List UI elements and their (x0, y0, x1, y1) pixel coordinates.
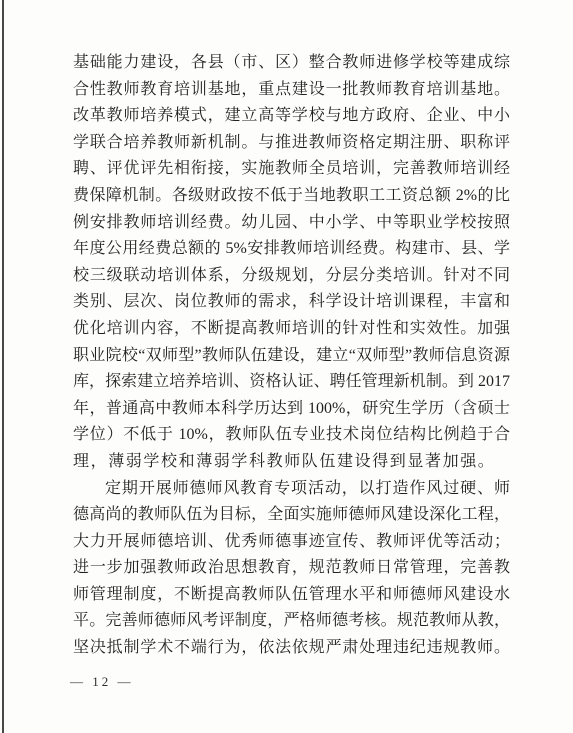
text-line: 定期开展师德师风教育专项活动，以打造作风过硬、师 (73, 476, 510, 503)
text-line: 例安排教师培训经费。幼儿园、中小学、中等职业学校按照 (73, 210, 510, 237)
paragraph: 定期开展师德师风教育专项活动，以打造作风过硬、师德高尚的教师队伍为目标，全面实施… (73, 476, 510, 662)
text-line: 大力开展师德培训、优秀师德事迹宣传、教师评优等活动； (73, 529, 510, 556)
text-line: 库，探索建立培养培训、资格认证、聘任管理新机制。到 2017 (73, 369, 510, 396)
text-line: 职业院校“双师型”教师队伍建设，建立“双师型”教师信息资源 (73, 343, 510, 370)
text-line: 类别、层次、岗位教师的需求，科学设计培训课程，丰富和 (73, 289, 510, 316)
text-line: 基础能力建设，各县（市、区）整合教师进修学校等建成综 (73, 50, 510, 77)
text-line: 费保障机制。各级财政按不低于当地教职工工资总额 2%的比 (73, 183, 510, 210)
document-page: 基础能力建设，各县（市、区）整合教师进修学校等建成综合性教师教育培训基地，重点建… (0, 0, 573, 733)
text-line: 年度公用经费总额的 5%安排教师培训经费。构建市、县、学 (73, 236, 510, 263)
text-line: 学位）不低于 10%，教师队伍专业技术岗位结构比例趋于合 (73, 422, 510, 449)
text-line: 师管理制度，不断提高教师队伍管理水平和师德师风建设水 (73, 582, 510, 609)
text-line: 德高尚的教师队伍为目标，全面实施师德师风建设深化工程， (73, 502, 510, 529)
text-line: 进一步加强教师政治思想教育，规范教师日常管理，完善教 (73, 555, 510, 582)
page-number: — 12 — (70, 674, 134, 690)
text-line: 校三级联动培训体系，分级规划，分层分类培训。针对不同 (73, 263, 510, 290)
text-line: 理，薄弱学校和薄弱学科教师队伍建设得到显著加强。 (73, 449, 510, 476)
text-line: 学联合培养教师新机制。与推进教师资格定期注册、职称评 (73, 130, 510, 157)
scan-edge-line (2, 0, 4, 733)
text-line: 坚决抵制学术不端行为，依法依规严肃处理违纪违规教师。 (73, 635, 510, 662)
text-line: 聘、评优评先相衔接，实施教师全员培训，完善教师培训经 (73, 156, 510, 183)
text-line: 优化培训内容，不断提高教师培训的针对性和实效性。加强 (73, 316, 510, 343)
paragraph: 基础能力建设，各县（市、区）整合教师进修学校等建成综合性教师教育培训基地，重点建… (73, 50, 510, 476)
text-line: 改革教师培养模式，建立高等学校与地方政府、企业、中小 (73, 103, 510, 130)
document-text: 基础能力建设，各县（市、区）整合教师进修学校等建成综合性教师教育培训基地，重点建… (73, 50, 510, 662)
text-line: 合性教师教育培训基地，重点建设一批教师教育培训基地。 (73, 77, 510, 104)
text-line: 年，普通高中教师本科学历达到 100%，研究生学历（含硕士 (73, 396, 510, 423)
text-line: 平。完善师德师风考评制度，严格师德考核。规范教师从教， (73, 608, 510, 635)
